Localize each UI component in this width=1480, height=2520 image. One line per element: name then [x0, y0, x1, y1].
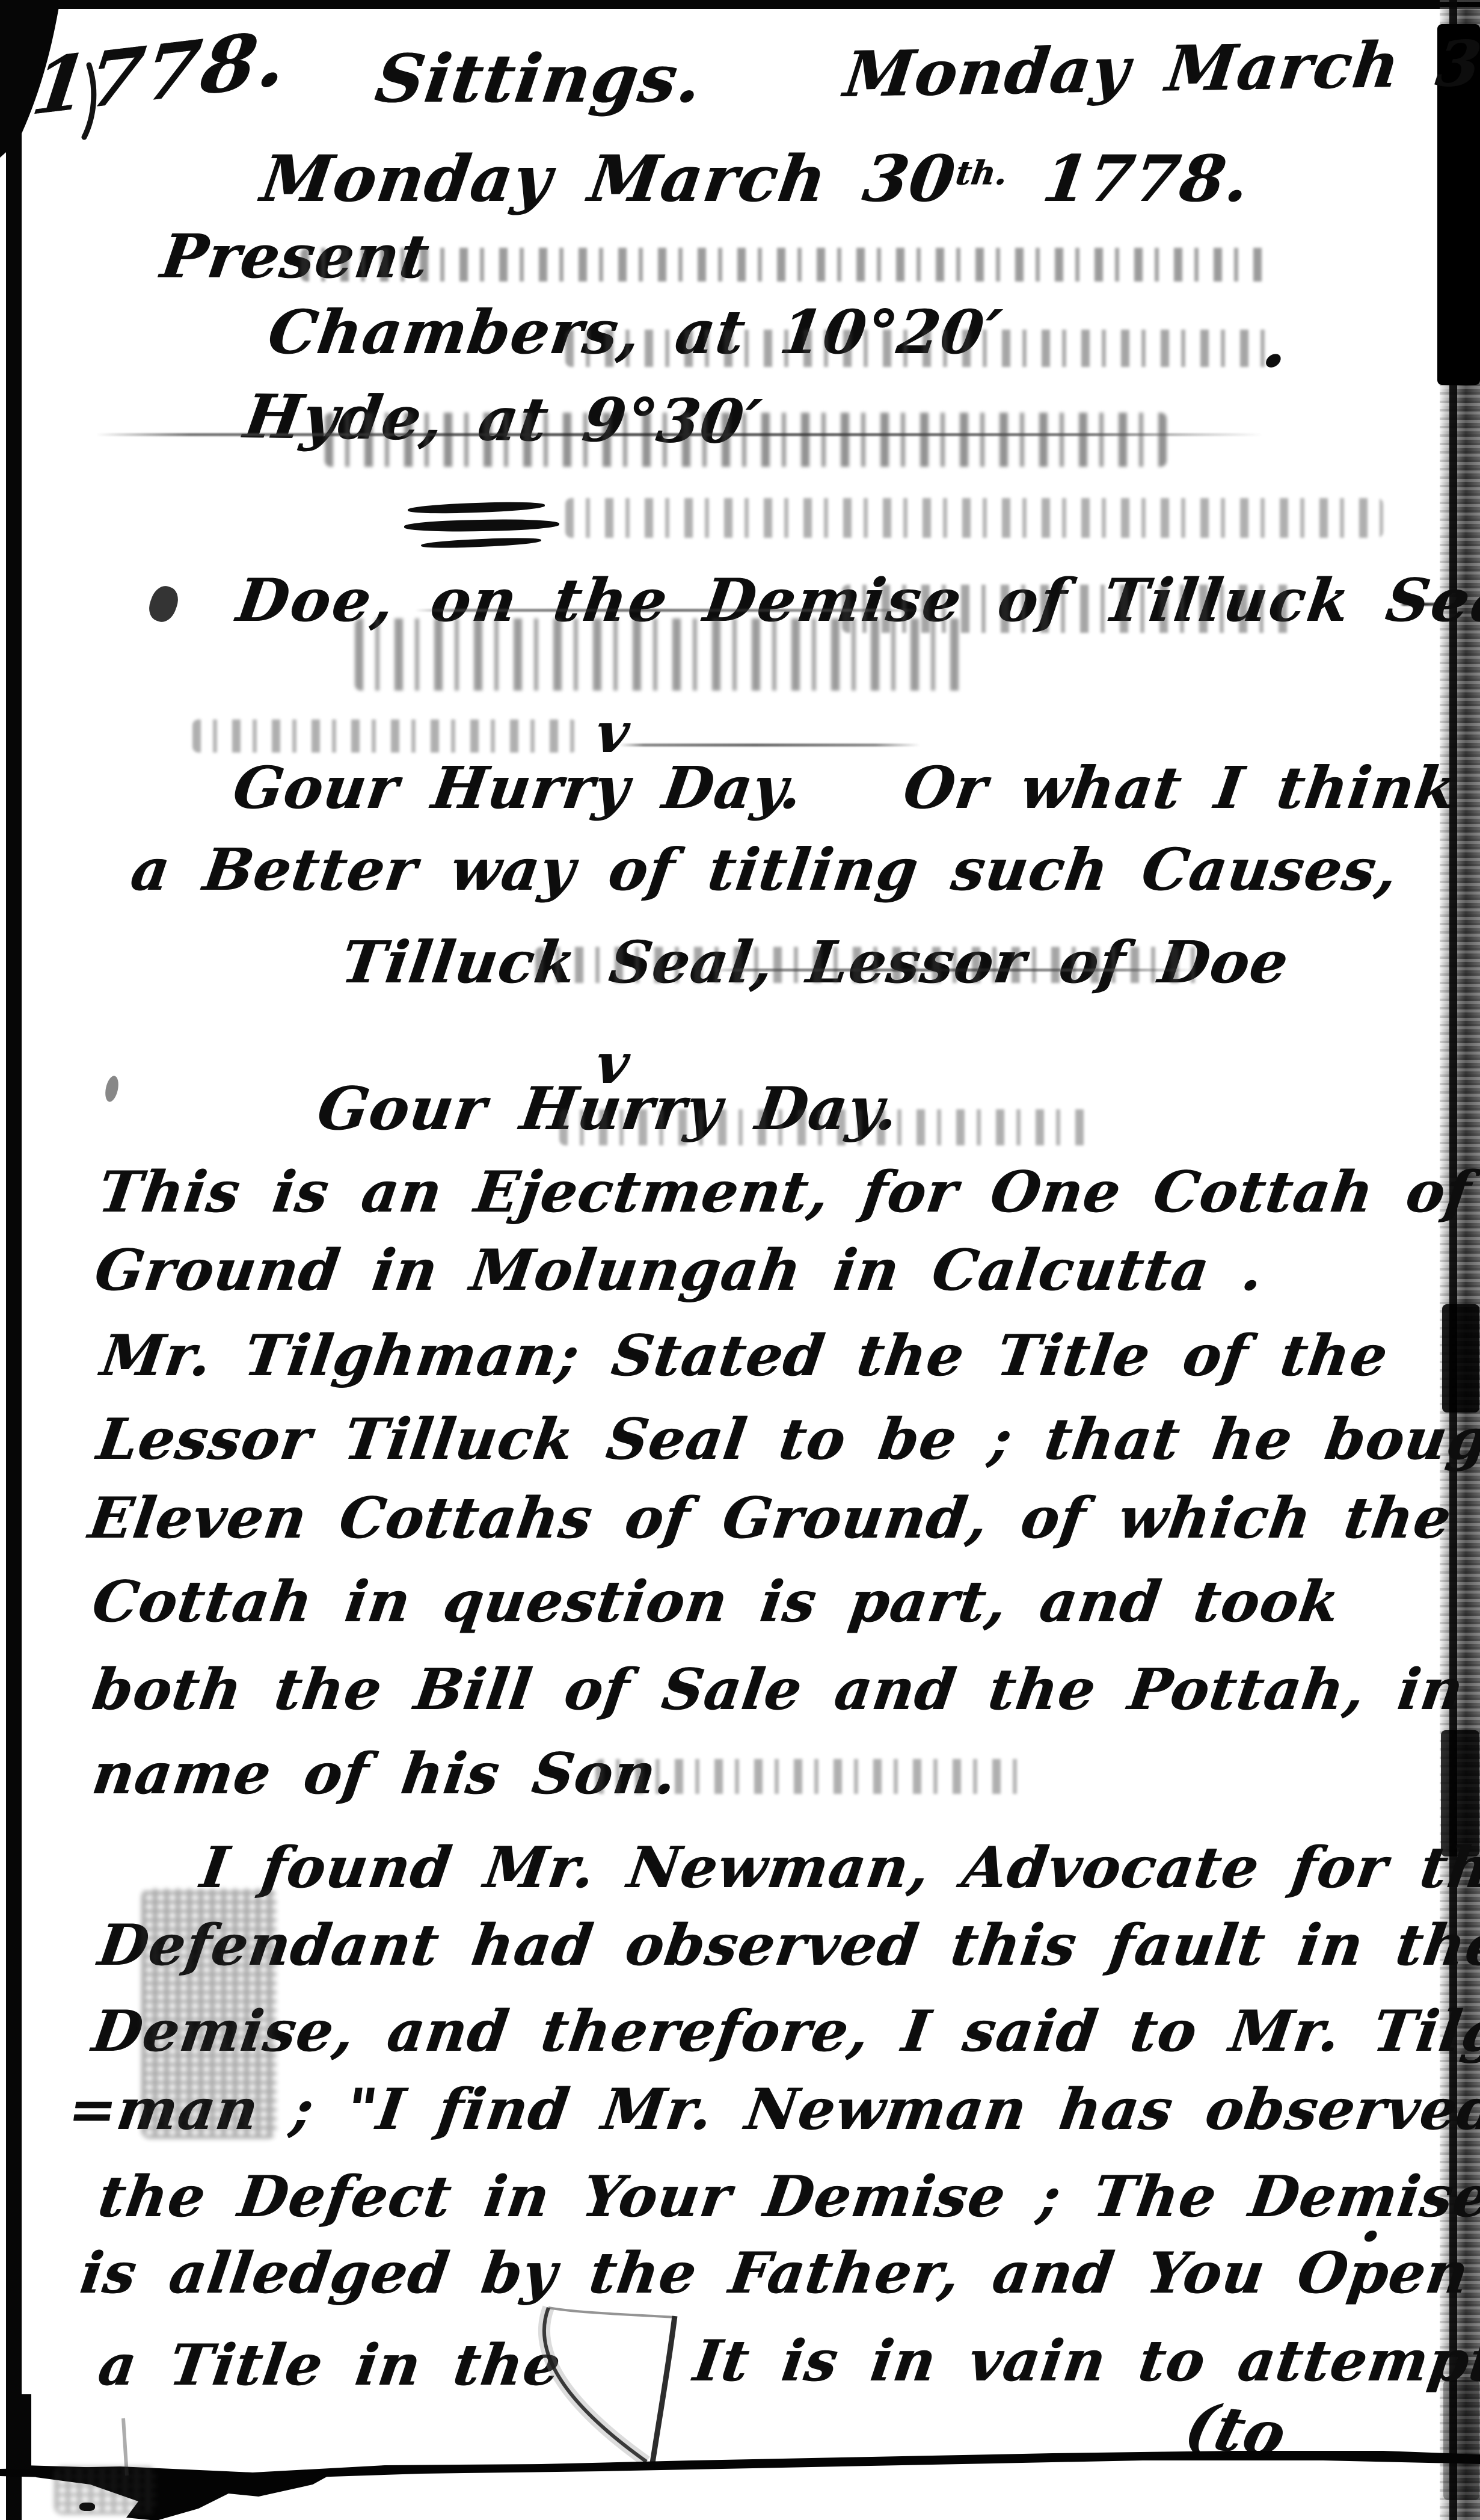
bleed-through-mark [301, 248, 1269, 282]
bleed-through-mark [595, 1759, 1028, 1794]
bleed-through-mark [192, 719, 577, 753]
bottom-speck [79, 2503, 95, 2511]
bleed-through-mark [535, 947, 1209, 983]
bleed-through-mark [565, 330, 1275, 367]
bleed-through-mark [325, 413, 1167, 467]
bleed-through-mark [559, 1109, 1089, 1145]
bleed-scratch-line [710, 969, 1197, 972]
bleed-scratch-line [96, 433, 1263, 436]
bleed-scratch-line [619, 744, 920, 747]
page-bottom-smear [0, 0, 1480, 2520]
bottom-smear-halo [54, 2466, 156, 2515]
manuscript-page: 1778. Sittings. Monday March 30th Monday… [0, 0, 1480, 2520]
bleed-scratch-line [415, 609, 932, 612]
bleed-through-mark [565, 498, 1383, 538]
margin-ink-smudge [141, 1889, 277, 2139]
